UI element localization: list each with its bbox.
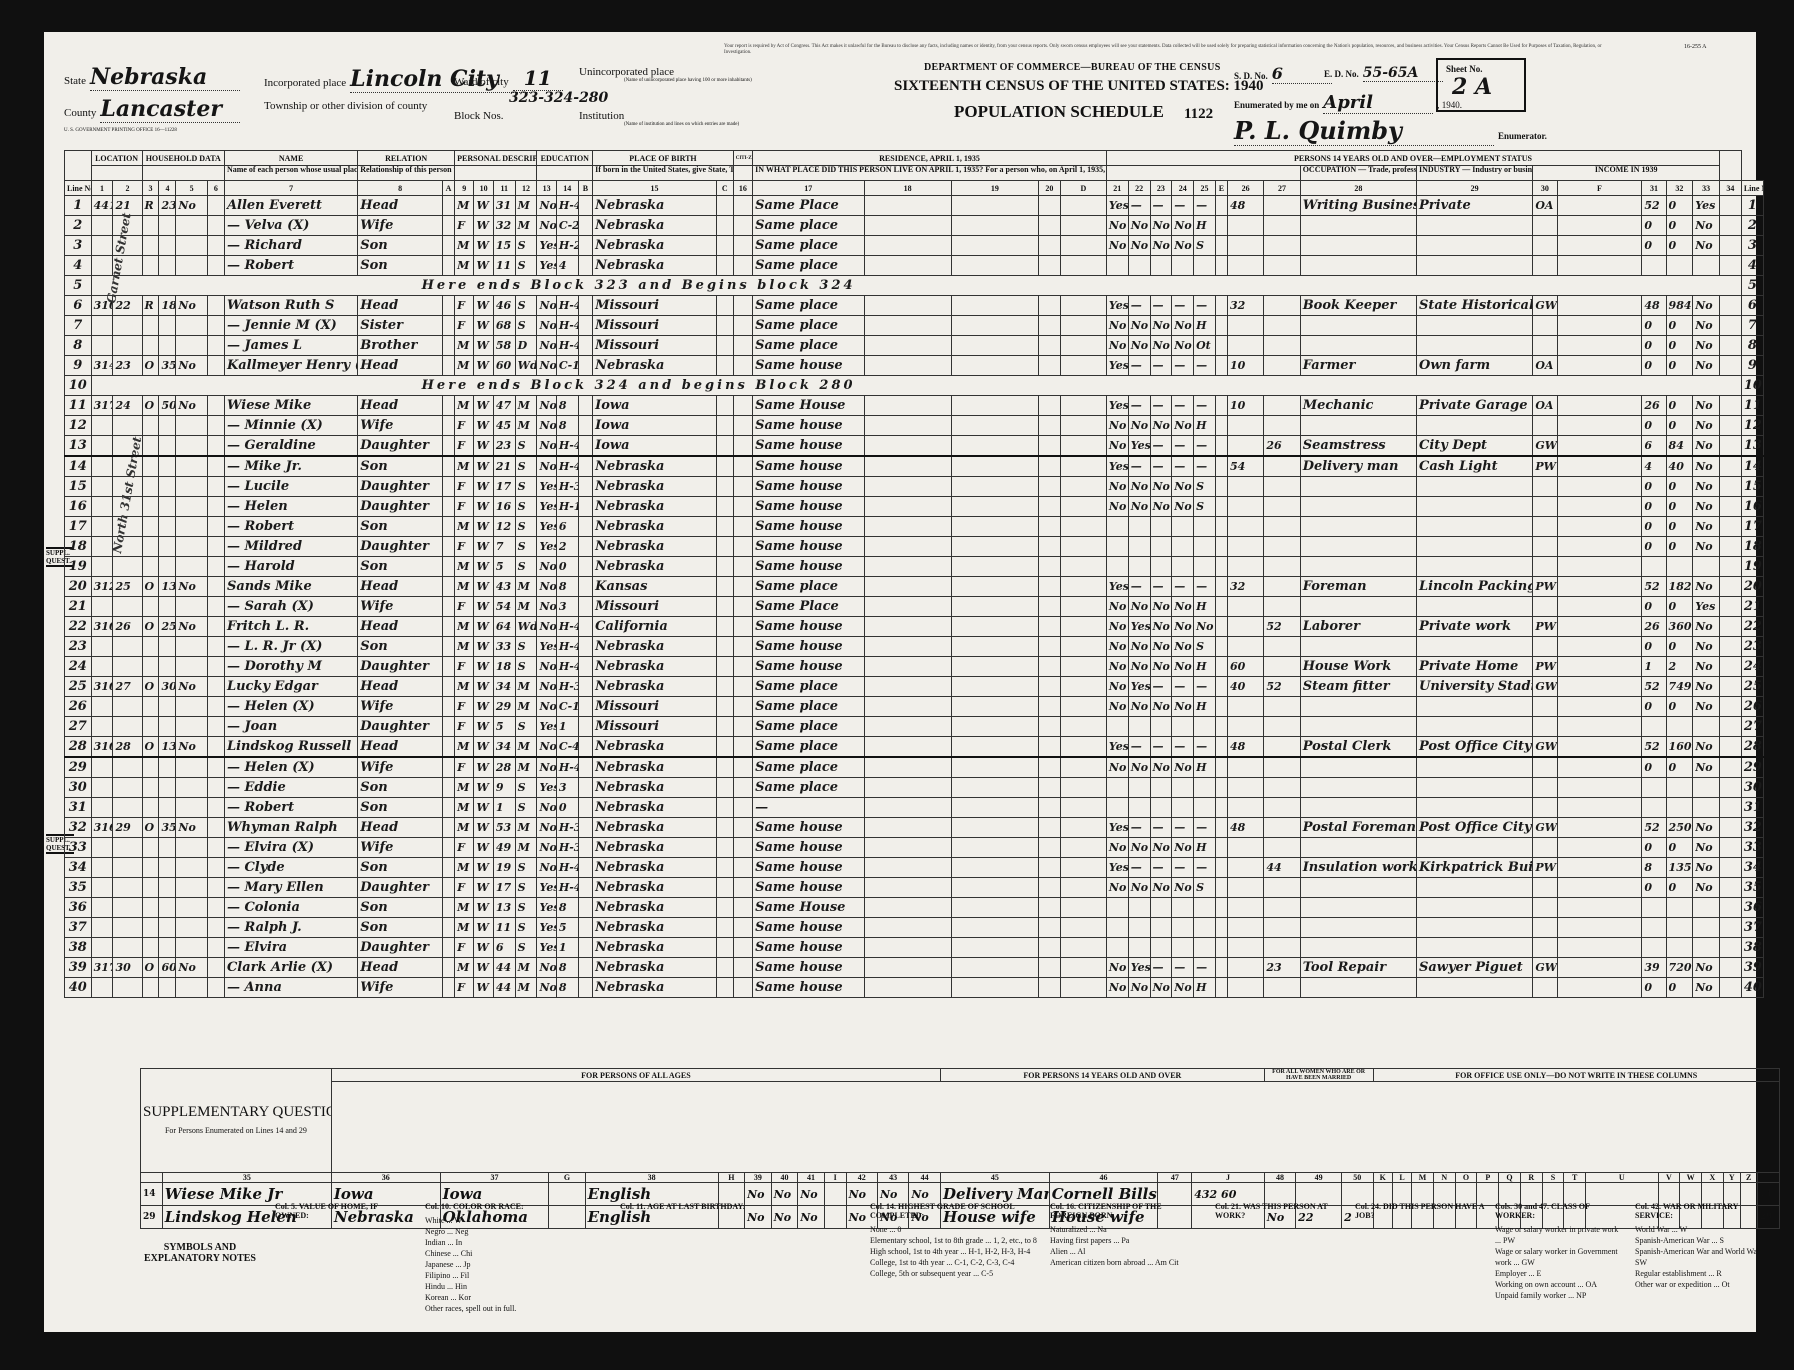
- cell-r22: Yes: [1128, 436, 1150, 457]
- cell-school: No: [537, 677, 556, 697]
- cell-value: [159, 336, 176, 356]
- cell-r21: No: [1106, 838, 1128, 858]
- cell-sex: M: [455, 577, 474, 597]
- cell-weeks: 0: [1642, 236, 1666, 256]
- cell-visit: [113, 537, 142, 557]
- cell-blank: [951, 436, 1038, 457]
- column-number: 12: [515, 181, 537, 196]
- supplementary-column-number: H: [718, 1173, 745, 1183]
- cell-other_income: No: [1693, 858, 1720, 878]
- institution-note: (Name of institution and lines on which …: [624, 122, 739, 127]
- cell-blank: [1039, 436, 1061, 457]
- cell-industry: [1417, 557, 1533, 577]
- cell-blank: [864, 236, 951, 256]
- cell-blank: [1215, 557, 1227, 577]
- cell-blank: [1060, 858, 1106, 878]
- cell-r25: [1194, 256, 1216, 276]
- cell-r24: [1172, 717, 1194, 737]
- cell-blank: [1039, 477, 1061, 497]
- cell-age: 68: [493, 316, 515, 336]
- column-number: 14: [556, 181, 578, 196]
- cell-age: 15: [493, 236, 515, 256]
- cell-tenure: [142, 416, 159, 436]
- table-row: 30— EddieSonMW9SYes3NebraskaSame place30: [65, 778, 1764, 798]
- cell-grade: H-3: [556, 677, 578, 697]
- cell-blank: [578, 918, 593, 938]
- cell-blank: [1215, 356, 1227, 376]
- cell-blank: [864, 497, 951, 517]
- note-col14: Col. 14. HIGHEST GRADE OF SCHOOL COMPLET…: [870, 1202, 1040, 1279]
- cell-r24: No: [1172, 878, 1194, 898]
- cell-other_income: No: [1693, 577, 1720, 597]
- cell-birthplace: Nebraska: [593, 256, 717, 276]
- cell-weeks: 0: [1642, 978, 1666, 998]
- cell-class: PW: [1533, 456, 1557, 477]
- cell-name: — Clyde: [224, 858, 357, 878]
- cell-blank: [1215, 396, 1227, 416]
- cell-school: Yes: [537, 537, 556, 557]
- cell-r21: [1106, 778, 1128, 798]
- cell-name: Watson Ruth S: [224, 296, 357, 316]
- cell-industry: Post Office City: [1417, 737, 1533, 758]
- cell-weeks: [1642, 938, 1666, 958]
- cell-r24: —: [1172, 958, 1194, 978]
- cell-occupation: [1300, 517, 1416, 537]
- cell-r23: No: [1150, 597, 1172, 617]
- cell-r21: Yes: [1106, 396, 1128, 416]
- cell-hours: [1228, 637, 1264, 657]
- cell-weeks: [1642, 557, 1666, 577]
- cell-blank: [1557, 898, 1642, 918]
- cell-blank: [951, 396, 1038, 416]
- cell-wages: 2500: [1666, 818, 1693, 838]
- cell-house: [91, 798, 113, 818]
- cell-sex: F: [455, 316, 474, 336]
- cell-birthplace: Iowa: [593, 416, 717, 436]
- cell-house: [91, 456, 113, 477]
- cell-grade: 5: [556, 918, 578, 938]
- column-number: 10: [474, 181, 493, 196]
- cell-r24: —: [1172, 356, 1194, 376]
- cell-blank: [1720, 256, 1742, 276]
- cell-farm: [176, 757, 208, 778]
- cell-res1935: Same house: [753, 416, 864, 436]
- cell-occupation: [1300, 537, 1416, 557]
- cell-tenure: [142, 757, 159, 778]
- cell-value: 3500: [159, 818, 176, 838]
- cell-blank: [1720, 697, 1742, 717]
- county-field: County Lancaster: [64, 96, 240, 123]
- cell-grade: H-4: [556, 757, 578, 778]
- cell-race: W: [474, 717, 493, 737]
- cell-sex: M: [455, 737, 474, 758]
- line-number: 29: [65, 757, 92, 778]
- cell-birthplace: Iowa: [593, 436, 717, 457]
- line-number-right: 18: [1741, 537, 1763, 557]
- line-number-right: 35: [1741, 878, 1763, 898]
- column-number: 22: [1128, 181, 1150, 196]
- cell-unemp: [1264, 296, 1300, 316]
- cell-class: [1533, 717, 1557, 737]
- cell-visit: [113, 416, 142, 436]
- cell-farm: [176, 336, 208, 356]
- cell-r23: No: [1150, 477, 1172, 497]
- cell-blank: [951, 717, 1038, 737]
- cell-birthplace: Missouri: [593, 697, 717, 717]
- cell-r22: [1128, 898, 1150, 918]
- cell-other_income: No: [1693, 236, 1720, 256]
- cell-blank: [864, 557, 951, 577]
- cell-tenure: [142, 497, 159, 517]
- cell-wages: 0: [1666, 517, 1693, 537]
- cell-blank: [733, 858, 752, 878]
- cell-blank: [733, 336, 752, 356]
- cell-wages: 2: [1666, 657, 1693, 677]
- cell-visit: [113, 838, 142, 858]
- ed-value: 55-65A: [1363, 65, 1443, 82]
- cell-blank: [864, 898, 951, 918]
- cell-relation: Brother: [358, 336, 443, 356]
- cell-farm: [176, 236, 208, 256]
- cell-age: 43: [493, 577, 515, 597]
- cell-blank: [1215, 436, 1227, 457]
- cell-weeks: 6: [1642, 436, 1666, 457]
- line-number-right: 10: [1741, 376, 1763, 396]
- ward-value: 11: [513, 66, 563, 91]
- cell-school: No: [537, 216, 556, 236]
- cell-blank: [1215, 898, 1227, 918]
- cell-relation: Sister: [358, 316, 443, 336]
- cell-other_income: No: [1693, 537, 1720, 557]
- supplementary-column-number: I: [824, 1173, 846, 1183]
- cell-age: 29: [493, 697, 515, 717]
- cell-grade: H-2: [556, 236, 578, 256]
- cell-blank: [1039, 537, 1061, 557]
- cell-r22: —: [1128, 456, 1150, 477]
- cell-weeks: 39: [1642, 958, 1666, 978]
- cell-sex: F: [455, 697, 474, 717]
- cell-blank: [443, 577, 455, 597]
- cell-blank: [864, 697, 951, 717]
- cell-weeks: 4: [1642, 456, 1666, 477]
- cell-blank: [1039, 918, 1061, 938]
- cell-blank: [951, 236, 1038, 256]
- supplementary-column-number: X: [1702, 1173, 1724, 1183]
- cell-value: [159, 456, 176, 477]
- residence-group-header: RESIDENCE, APRIL 1, 1935: [753, 151, 1107, 166]
- cell-wages: [1666, 918, 1693, 938]
- cell-class: GW: [1533, 958, 1557, 978]
- cell-blank: [733, 537, 752, 557]
- cell-school: No: [537, 958, 556, 978]
- cell-blank: [578, 396, 593, 416]
- line-number: 27: [65, 717, 92, 737]
- cell-blank: [1039, 717, 1061, 737]
- cell-class: [1533, 336, 1557, 356]
- cell-weeks: 0: [1642, 316, 1666, 336]
- cell-blank: [207, 236, 224, 256]
- cell-occupation: Postal Clerk: [1300, 737, 1416, 758]
- cell-age: 21: [493, 456, 515, 477]
- line-number: 13: [65, 436, 92, 457]
- cell-blank: [716, 497, 733, 517]
- cell-r22: No: [1128, 236, 1150, 256]
- footnote-item: Unpaid family worker ... NP: [1495, 1290, 1625, 1301]
- cell-blank: [578, 617, 593, 637]
- cell-blank: [1060, 697, 1106, 717]
- cell-grade: H-4: [556, 858, 578, 878]
- cell-res1935: Same place: [753, 336, 864, 356]
- table-row: 28310128O1300NoLindskog RussellHeadMW34M…: [65, 737, 1764, 758]
- cell-hours: 54: [1228, 456, 1264, 477]
- cell-class: [1533, 597, 1557, 617]
- cell-weeks: [1642, 918, 1666, 938]
- cell-relation: Head: [358, 396, 443, 416]
- line-number: 39: [65, 958, 92, 978]
- cell-occupation: Laborer: [1300, 617, 1416, 637]
- cell-house: [91, 938, 113, 958]
- supplementary-column-number: 41: [798, 1173, 825, 1183]
- cell-other_income: [1693, 717, 1720, 737]
- cell-house: [91, 477, 113, 497]
- cell-industry: [1417, 798, 1533, 818]
- cell-blank: [578, 517, 593, 537]
- cell-weeks: 52: [1642, 577, 1666, 597]
- cell-r22: No: [1128, 497, 1150, 517]
- table-row: 31— RobertSonMW1SNo0Nebraska—31: [65, 798, 1764, 818]
- line-number: 22: [65, 617, 92, 637]
- cell-visit: [113, 697, 142, 717]
- supplementary-column-number: 39: [745, 1173, 772, 1183]
- cell-race: W: [474, 858, 493, 878]
- column-number: 19: [951, 181, 1038, 196]
- cell-blank: [1557, 778, 1642, 798]
- cell-occupation: Farmer: [1300, 356, 1416, 376]
- footnote-item: Other war or expedition ... Ot: [1635, 1279, 1775, 1290]
- office-use-group-header: FOR OFFICE USE ONLY—DO NOT WRITE IN THES…: [1373, 1069, 1779, 1082]
- cell-occupation: [1300, 838, 1416, 858]
- cell-blank: [207, 517, 224, 537]
- cell-occupation: Insulation work: [1300, 858, 1416, 878]
- cell-blank: [1215, 316, 1227, 336]
- cell-r25: —: [1194, 196, 1216, 216]
- cell-weeks: 0: [1642, 416, 1666, 436]
- cell-r22: —: [1128, 396, 1150, 416]
- cell-r22: No: [1128, 697, 1150, 717]
- column-number: 11: [493, 181, 515, 196]
- cell-farm: [176, 938, 208, 958]
- footnote-item: American citizen born abroad ... Am Cit: [1050, 1257, 1200, 1268]
- cell-wages: [1666, 798, 1693, 818]
- cell-industry: Kirkpatrick Builders: [1417, 858, 1533, 878]
- cell-blank: [1720, 818, 1742, 838]
- cell-industry: [1417, 938, 1533, 958]
- cell-blank: [1720, 316, 1742, 336]
- cell-school: Yes: [537, 898, 556, 918]
- cell-blank: [207, 597, 224, 617]
- cell-r25: —: [1194, 577, 1216, 597]
- cell-blank: [951, 938, 1038, 958]
- cell-blank: [733, 697, 752, 717]
- enumerator-field: P. L. Quimby Enumerator.: [1234, 116, 1547, 146]
- cell-r22: [1128, 938, 1150, 958]
- cell-visit: 30: [113, 958, 142, 978]
- cell-blank: [1039, 798, 1061, 818]
- cell-res1935: Same house: [753, 918, 864, 938]
- cell-blank: [951, 898, 1038, 918]
- line-number: 8: [65, 336, 92, 356]
- unincorporated-label: Unincorporated place: [579, 66, 674, 78]
- cell-relation: Daughter: [358, 477, 443, 497]
- cell-unemp: [1264, 456, 1300, 477]
- cell-unemp: 26: [1264, 436, 1300, 457]
- cell-weeks: 1: [1642, 657, 1666, 677]
- cell-r22: Yes: [1128, 677, 1150, 697]
- column-number: 24: [1172, 181, 1194, 196]
- cell-blank: [443, 697, 455, 717]
- cell-house: [91, 336, 113, 356]
- cell-tenure: [142, 517, 159, 537]
- line-number-right: 5: [1741, 276, 1763, 296]
- cell-birthplace: Nebraska: [593, 978, 717, 998]
- supplementary-column-numbers: 353637G38H394041I424344454647J484950KLMN…: [141, 1173, 1780, 1183]
- cell-industry: Private: [1417, 196, 1533, 216]
- cell-hours: [1228, 336, 1264, 356]
- cell-blank: [1720, 396, 1742, 416]
- cell-other_income: No: [1693, 697, 1720, 717]
- cell-r25: [1194, 938, 1216, 958]
- cell-blank: [716, 577, 733, 597]
- cell-blank: [443, 617, 455, 637]
- unincorporated-note: (Name of unincorporated place having 100…: [624, 78, 752, 83]
- cell-r25: —: [1194, 296, 1216, 316]
- cell-blank: [1039, 256, 1061, 276]
- cell-blank: [1557, 938, 1642, 958]
- cell-res1935: Same place: [753, 737, 864, 758]
- cell-other_income: No: [1693, 416, 1720, 436]
- cell-farm: [176, 838, 208, 858]
- cell-r22: [1128, 918, 1150, 938]
- cell-blank: [716, 236, 733, 256]
- cell-blank: [1720, 356, 1742, 376]
- enumerator-name: P. L. Quimby: [1234, 116, 1494, 146]
- cell-r24: [1172, 798, 1194, 818]
- cell-class: [1533, 757, 1557, 778]
- cell-wages: [1666, 256, 1693, 276]
- cell-r21: No: [1106, 316, 1128, 336]
- cell-grade: H-4: [556, 617, 578, 637]
- cell-occupation: [1300, 557, 1416, 577]
- cell-blank: [1215, 958, 1227, 978]
- line-number: 19: [65, 557, 92, 577]
- cell-blank: [1557, 717, 1642, 737]
- column-number: 34: [1720, 181, 1742, 196]
- cell-blank: [207, 316, 224, 336]
- cell-tenure: [142, 697, 159, 717]
- line-number-right: 7: [1741, 316, 1763, 336]
- cell-r22: [1128, 537, 1150, 557]
- column-number: D: [1060, 181, 1106, 196]
- cell-blank: [716, 818, 733, 838]
- supplementary-column-number: 40: [771, 1173, 798, 1183]
- cell-relation: Daughter: [358, 878, 443, 898]
- cell-blank: [1060, 878, 1106, 898]
- cell-marital: Wd: [515, 356, 537, 376]
- cell-blank: [1060, 938, 1106, 958]
- cell-unemp: [1264, 818, 1300, 838]
- cell-r23: No: [1150, 637, 1172, 657]
- cell-race: W: [474, 637, 493, 657]
- cell-weeks: 48: [1642, 296, 1666, 316]
- cell-blank: [1039, 958, 1061, 978]
- cell-r21: No: [1106, 878, 1128, 898]
- line-number: 7: [65, 316, 92, 336]
- cell-r21: Yes: [1106, 456, 1128, 477]
- table-row: 16— HelenDaughterFW16SYesH-1NebraskaSame…: [65, 497, 1764, 517]
- cell-blank: [951, 557, 1038, 577]
- cell-blank: [1039, 356, 1061, 376]
- cell-blank: [1720, 778, 1742, 798]
- line-number-right: 1: [1741, 196, 1763, 216]
- cell-age: 28: [493, 757, 515, 778]
- cell-blank: [716, 517, 733, 537]
- cell-weeks: 0: [1642, 356, 1666, 376]
- cell-industry: [1417, 778, 1533, 798]
- cell-visit: 27: [113, 677, 142, 697]
- cell-unemp: [1264, 597, 1300, 617]
- cell-unemp: [1264, 697, 1300, 717]
- cell-industry: [1417, 517, 1533, 537]
- cell-blank: [1215, 737, 1227, 758]
- line-number-right: 12: [1741, 416, 1763, 436]
- cell-school: No: [537, 456, 556, 477]
- cell-r21: No: [1106, 597, 1128, 617]
- cell-race: W: [474, 436, 493, 457]
- cell-name: — Mary Ellen: [224, 878, 357, 898]
- table-row: 1441821R23.00NoAllen EverettHeadMW31MNoH…: [65, 196, 1764, 216]
- cell-industry: Private Garage: [1417, 396, 1533, 416]
- cell-class: [1533, 477, 1557, 497]
- cell-marital: S: [515, 798, 537, 818]
- cell-wages: 984: [1666, 296, 1693, 316]
- cell-birthplace: Nebraska: [593, 497, 717, 517]
- cell-blank: [951, 597, 1038, 617]
- cell-age: 17: [493, 878, 515, 898]
- cell-blank: [1557, 798, 1642, 818]
- cell-race: W: [474, 196, 493, 216]
- table-row: 13— GeraldineDaughterFW23SNoH-4IowaSame …: [65, 436, 1764, 457]
- cell-r25: [1194, 517, 1216, 537]
- cell-birthplace: Nebraska: [593, 216, 717, 236]
- cell-blank: [1557, 657, 1642, 677]
- cell-hours: [1228, 898, 1264, 918]
- cell-res1935: Same house: [753, 557, 864, 577]
- cell-blank: [951, 697, 1038, 717]
- cell-blank: [1060, 517, 1106, 537]
- cell-farm: [176, 637, 208, 657]
- cell-industry: [1417, 757, 1533, 778]
- cell-r22: —: [1128, 196, 1150, 216]
- cell-visit: [113, 216, 142, 236]
- cell-blank: [951, 637, 1038, 657]
- supplementary-column-number: 42: [846, 1173, 877, 1183]
- cell-birthplace: Nebraska: [593, 918, 717, 938]
- cell-name: — Velva (X): [224, 216, 357, 236]
- cell-r24: No: [1172, 316, 1194, 336]
- cell-name: Whyman Ralph: [224, 818, 357, 838]
- cell-name: — Geraldine: [224, 436, 357, 457]
- cell-r24: No: [1172, 597, 1194, 617]
